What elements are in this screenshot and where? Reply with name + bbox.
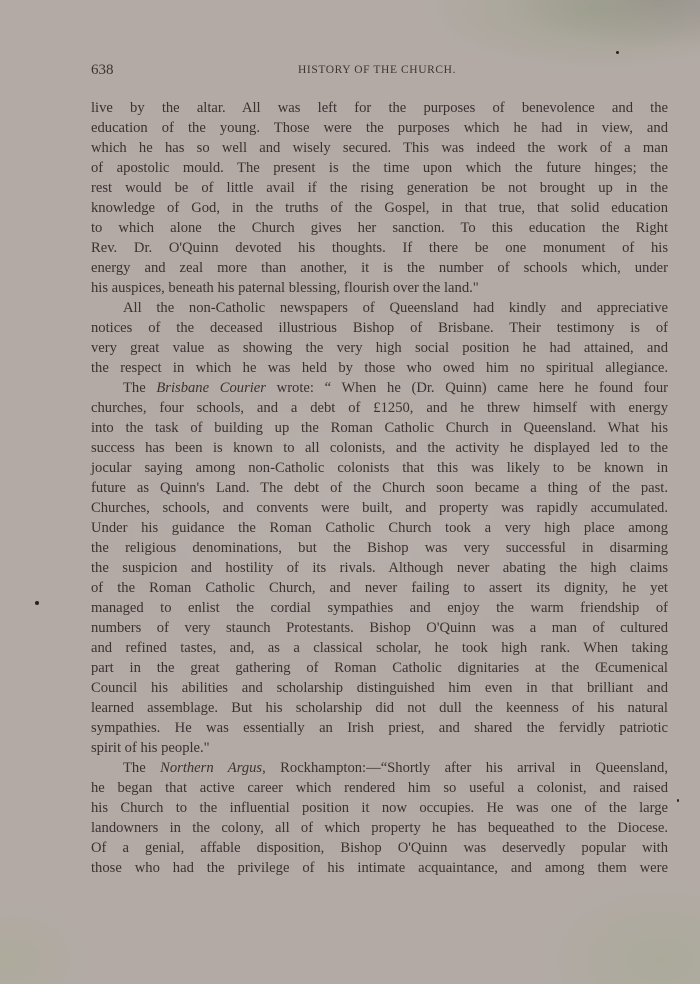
- ink-speck: [35, 601, 39, 605]
- text-line-rest: wrote: “ When he (Dr. Quinn) came here h…: [277, 380, 668, 396]
- text-line: education of the young. Those were the p…: [91, 118, 668, 138]
- text-line: the respect in which he was held by thos…: [91, 358, 668, 378]
- text-line-brisbane-courier: The Brisbane Courier wrote: “ When he (D…: [91, 378, 668, 398]
- text-line: notices of the deceased illustrious Bish…: [91, 318, 668, 338]
- text-line: his Church to the influential position i…: [91, 798, 668, 818]
- text-line: to which alone the Church gives her sanc…: [91, 218, 668, 238]
- text-line: numbers of very staunch Protestants. Bis…: [91, 618, 668, 638]
- text-line: jocular saying among non-Catholic coloni…: [91, 458, 668, 478]
- text-line: landowners in the colony, all of which p…: [91, 818, 668, 838]
- text-line: part in the great gathering of Roman Cat…: [91, 658, 668, 678]
- text-line: learned assemblage. But his scholarship …: [91, 698, 668, 718]
- text-line: churches, four schools, and a debt of £1…: [91, 398, 668, 418]
- text-line: energy and zeal more than another, it is…: [91, 258, 668, 278]
- page-header: 638 HISTORY OF THE CHURCH.: [91, 62, 668, 84]
- text-line: Rev. Dr. O'Quinn devoted his thoughts. I…: [91, 238, 668, 258]
- the-prefix: The: [123, 760, 160, 776]
- body-text: live by the altar. All was left for the …: [91, 98, 668, 878]
- page-number: 638: [91, 62, 114, 79]
- newspaper-title-northern-argus: Northern Argus: [160, 760, 262, 776]
- text-line: very great value as showing the very hig…: [91, 338, 668, 358]
- text-line: Council his abilities and scholarship di…: [91, 678, 668, 698]
- text-line: of apostolic mould. The present is the t…: [91, 158, 668, 178]
- text-line: spirit of his people.": [91, 738, 668, 758]
- text-line: his auspices, beneath his paternal bless…: [91, 278, 668, 298]
- text-line: which he has so well and wisely secured.…: [91, 138, 668, 158]
- text-line: rest would be of little avail if the ris…: [91, 178, 668, 198]
- text-line: Churches, schools, and convents were bui…: [91, 498, 668, 518]
- text-line: sympathies. He was essentially an Irish …: [91, 718, 668, 738]
- text-line: of the Roman Catholic Church, and never …: [91, 578, 668, 598]
- text-line: live by the altar. All was left for the …: [91, 98, 668, 118]
- text-line-northern-argus: The Northern Argus, Rockhampton:—“Shortl…: [91, 758, 668, 778]
- text-line: All the non-Catholic newspapers of Queen…: [91, 298, 668, 318]
- text-line: future as Quinn's Land. The debt of the …: [91, 478, 668, 498]
- text-line: the suspicion and hostility of its rival…: [91, 558, 668, 578]
- text-line: managed to enlist the cordial sympathies…: [91, 598, 668, 618]
- text-line: he began that active career which render…: [91, 778, 668, 798]
- text-line: those who had the privilege of his intim…: [91, 858, 668, 878]
- text-line-rest: , Rockhampton:—“Shortly after his arriva…: [262, 760, 668, 776]
- newspaper-title-brisbane-courier: Brisbane Courier: [156, 380, 266, 396]
- ink-speck: [677, 799, 679, 802]
- text-line: and refined tastes, and, as a classical …: [91, 638, 668, 658]
- ink-speck: [616, 51, 619, 54]
- text-line: the religious denominations, but the Bis…: [91, 538, 668, 558]
- the-prefix: The: [123, 380, 156, 396]
- running-head: HISTORY OF THE CHURCH.: [298, 64, 456, 76]
- text-line: Under his guidance the Roman Catholic Ch…: [91, 518, 668, 538]
- text-line: success has been is known to all colonis…: [91, 438, 668, 458]
- text-line: Of a genial, affable disposition, Bishop…: [91, 838, 668, 858]
- scanned-book-page: 638 HISTORY OF THE CHURCH. live by the a…: [0, 0, 700, 984]
- text-line: into the task of building up the Roman C…: [91, 418, 668, 438]
- text-line: knowledge of God, in the truths of the G…: [91, 198, 668, 218]
